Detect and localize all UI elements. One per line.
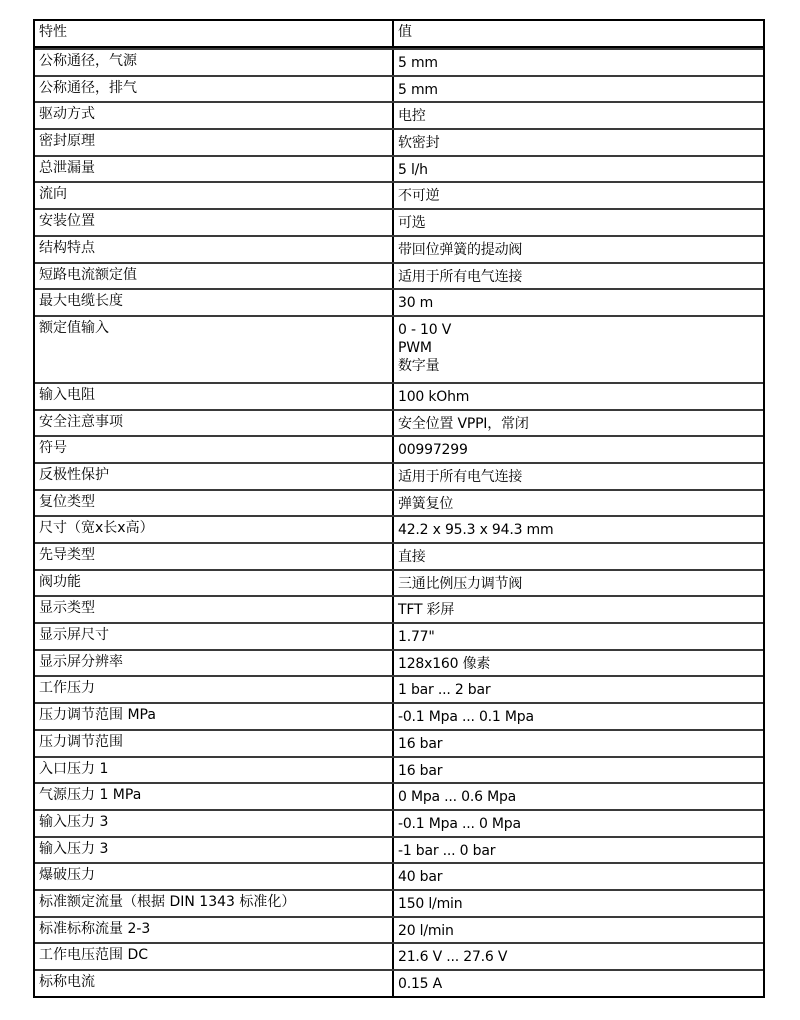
row-value: 适用于所有电气连接 (394, 264, 763, 289)
row-characteristic: 额定值输入 (35, 317, 394, 382)
value-line: -0.1 Mpa ... 0.1 Mpa (398, 708, 763, 726)
value-line: 16 bar (398, 762, 763, 780)
row-characteristic: 流向 (35, 183, 394, 208)
row-value: 0 Mpa ... 0.6 Mpa (394, 784, 763, 809)
table-row: 流向不可逆 (35, 181, 763, 208)
table-row: 标准额定流量（根据 DIN 1343 标准化）150 l/min (35, 889, 763, 916)
table-row: 输入压力 3-0.1 Mpa ... 0 Mpa (35, 809, 763, 836)
value-line: -0.1 Mpa ... 0 Mpa (398, 815, 763, 833)
row-characteristic: 压力调节范围 MPa (35, 704, 394, 729)
value-line: 21.6 V ... 27.6 V (398, 948, 763, 966)
table-row: 尺寸（宽x长x高）42.2 x 95.3 x 94.3 mm (35, 515, 763, 542)
table-row: 最大电缆长度30 m (35, 288, 763, 315)
row-characteristic: 公称通径，气源 (35, 50, 394, 75)
value-line: 42.2 x 95.3 x 94.3 mm (398, 521, 763, 539)
value-line: 0 - 10 V (398, 321, 763, 339)
table-row: 工作电压范围 DC21.6 V ... 27.6 V (35, 942, 763, 969)
row-characteristic: 标称电流 (35, 971, 394, 996)
row-value: 42.2 x 95.3 x 94.3 mm (394, 517, 763, 542)
table-body: 公称通径，气源5 mm公称通径，排气5 mm驱动方式电控密封原理软密封总泄漏量5… (35, 48, 763, 996)
table-row: 先导类型直接 (35, 542, 763, 569)
row-value: 0 - 10 VPWM数字量 (394, 317, 763, 382)
row-value: 1.77" (394, 624, 763, 649)
value-line: 三通比例压力调节阀 (398, 575, 763, 593)
row-value: 40 bar (394, 864, 763, 889)
table-row: 标准标称流量 2-320 l/min (35, 916, 763, 943)
row-value: 150 l/min (394, 891, 763, 916)
table-row: 阀功能三通比例压力调节阀 (35, 569, 763, 596)
table-row: 入口压力 116 bar (35, 756, 763, 783)
table-row: 短路电流额定值适用于所有电气连接 (35, 262, 763, 289)
row-value: 适用于所有电气连接 (394, 464, 763, 489)
row-value: -0.1 Mpa ... 0 Mpa (394, 811, 763, 836)
table-row: 公称通径，气源5 mm (35, 48, 763, 75)
row-value: -1 bar ... 0 bar (394, 838, 763, 863)
row-characteristic: 总泄漏量 (35, 157, 394, 182)
row-characteristic: 尺寸（宽x长x高） (35, 517, 394, 542)
row-characteristic: 工作压力 (35, 677, 394, 702)
value-line: 弹簧复位 (398, 495, 763, 513)
row-value: 软密封 (394, 130, 763, 155)
row-characteristic: 短路电流额定值 (35, 264, 394, 289)
table-row: 安装位置可选 (35, 208, 763, 235)
row-characteristic: 显示类型 (35, 597, 394, 622)
row-characteristic: 符号 (35, 437, 394, 462)
table-row: 压力调节范围16 bar (35, 729, 763, 756)
row-characteristic: 最大电缆长度 (35, 290, 394, 315)
row-value: 可选 (394, 210, 763, 235)
table-row: 反极性保护适用于所有电气连接 (35, 462, 763, 489)
table-row: 密封原理软密封 (35, 128, 763, 155)
row-characteristic: 显示屏分辨率 (35, 651, 394, 676)
value-line: 电控 (398, 107, 763, 125)
table-row: 输入压力 3-1 bar ... 0 bar (35, 836, 763, 863)
value-line: PWM (398, 339, 763, 357)
row-value: 16 bar (394, 758, 763, 783)
value-line: 0.15 A (398, 975, 763, 993)
row-characteristic: 阀功能 (35, 571, 394, 596)
table-row: 输入电阻100 kOhm (35, 382, 763, 409)
value-line: 带回位弹簧的提动阀 (398, 241, 763, 259)
value-line: 5 l/h (398, 161, 763, 179)
row-value: 5 mm (394, 77, 763, 102)
table-row: 结构特点带回位弹簧的提动阀 (35, 235, 763, 262)
row-characteristic: 压力调节范围 (35, 731, 394, 756)
table-row: 总泄漏量5 l/h (35, 155, 763, 182)
row-value: 不可逆 (394, 183, 763, 208)
row-value: 三通比例压力调节阀 (394, 571, 763, 596)
row-characteristic: 安全注意事项 (35, 411, 394, 436)
row-characteristic: 输入压力 3 (35, 838, 394, 863)
value-line: 0 Mpa ... 0.6 Mpa (398, 788, 763, 806)
table-row: 符号00997299 (35, 435, 763, 462)
row-value: 20 l/min (394, 918, 763, 943)
value-line: 100 kOhm (398, 388, 763, 406)
row-characteristic: 输入电阻 (35, 384, 394, 409)
row-value: 直接 (394, 544, 763, 569)
value-line: 软密封 (398, 134, 763, 152)
value-line: 20 l/min (398, 922, 763, 940)
row-characteristic: 公称通径，排气 (35, 77, 394, 102)
table-row: 复位类型弹簧复位 (35, 489, 763, 516)
row-value: 5 mm (394, 50, 763, 75)
header-characteristic: 特性 (35, 21, 394, 46)
value-line: 128x160 像素 (398, 655, 763, 673)
row-characteristic: 显示屏尺寸 (35, 624, 394, 649)
row-value: TFT 彩屏 (394, 597, 763, 622)
row-characteristic: 标准额定流量（根据 DIN 1343 标准化） (35, 891, 394, 916)
row-value: 100 kOhm (394, 384, 763, 409)
header-value: 值 (394, 21, 763, 46)
value-line: 1 bar ... 2 bar (398, 681, 763, 699)
value-line: 适用于所有电气连接 (398, 268, 763, 286)
table-row: 压力调节范围 MPa-0.1 Mpa ... 0.1 Mpa (35, 702, 763, 729)
row-value: 5 l/h (394, 157, 763, 182)
row-value: 安全位置 VPPI，常闭 (394, 411, 763, 436)
row-characteristic: 气源压力 1 MPa (35, 784, 394, 809)
value-line: 数字量 (398, 357, 763, 375)
value-line: 可选 (398, 214, 763, 232)
row-value: 带回位弹簧的提动阀 (394, 237, 763, 262)
table-row: 工作压力1 bar ... 2 bar (35, 675, 763, 702)
row-characteristic: 安装位置 (35, 210, 394, 235)
value-line: 150 l/min (398, 895, 763, 913)
table-row: 显示屏分辨率128x160 像素 (35, 649, 763, 676)
value-line: 00997299 (398, 441, 763, 459)
row-characteristic: 先导类型 (35, 544, 394, 569)
value-line: 安全位置 VPPI，常闭 (398, 415, 763, 433)
spec-table: 特性 值 公称通径，气源5 mm公称通径，排气5 mm驱动方式电控密封原理软密封… (33, 19, 765, 998)
value-line: 30 m (398, 294, 763, 312)
row-characteristic: 输入压力 3 (35, 811, 394, 836)
value-line: 16 bar (398, 735, 763, 753)
row-characteristic: 入口压力 1 (35, 758, 394, 783)
row-characteristic: 结构特点 (35, 237, 394, 262)
value-line: 1.77" (398, 628, 763, 646)
row-characteristic: 工作电压范围 DC (35, 944, 394, 969)
row-value: 电控 (394, 103, 763, 128)
row-value: 30 m (394, 290, 763, 315)
value-line: 5 mm (398, 81, 763, 99)
row-characteristic: 反极性保护 (35, 464, 394, 489)
row-characteristic: 标准标称流量 2-3 (35, 918, 394, 943)
row-characteristic: 驱动方式 (35, 103, 394, 128)
row-value: 00997299 (394, 437, 763, 462)
table-row: 公称通径，排气5 mm (35, 75, 763, 102)
row-value: 弹簧复位 (394, 491, 763, 516)
row-value: -0.1 Mpa ... 0.1 Mpa (394, 704, 763, 729)
value-line: 直接 (398, 548, 763, 566)
row-value: 0.15 A (394, 971, 763, 996)
row-value: 21.6 V ... 27.6 V (394, 944, 763, 969)
table-row: 气源压力 1 MPa0 Mpa ... 0.6 Mpa (35, 782, 763, 809)
value-line: 不可逆 (398, 187, 763, 205)
table-row: 驱动方式电控 (35, 101, 763, 128)
table-row: 显示类型TFT 彩屏 (35, 595, 763, 622)
row-value: 16 bar (394, 731, 763, 756)
row-characteristic: 复位类型 (35, 491, 394, 516)
value-line: 5 mm (398, 54, 763, 72)
table-row: 爆破压力40 bar (35, 862, 763, 889)
row-characteristic: 爆破压力 (35, 864, 394, 889)
table-row: 标称电流0.15 A (35, 969, 763, 996)
value-line: 适用于所有电气连接 (398, 468, 763, 486)
table-row: 额定值输入0 - 10 VPWM数字量 (35, 315, 763, 382)
row-value: 1 bar ... 2 bar (394, 677, 763, 702)
table-row: 显示屏尺寸1.77" (35, 622, 763, 649)
row-value: 128x160 像素 (394, 651, 763, 676)
value-line: 40 bar (398, 868, 763, 886)
value-line: -1 bar ... 0 bar (398, 842, 763, 860)
row-characteristic: 密封原理 (35, 130, 394, 155)
value-line: TFT 彩屏 (398, 601, 763, 619)
table-header-row: 特性 值 (35, 21, 763, 48)
table-row: 安全注意事项安全位置 VPPI，常闭 (35, 409, 763, 436)
